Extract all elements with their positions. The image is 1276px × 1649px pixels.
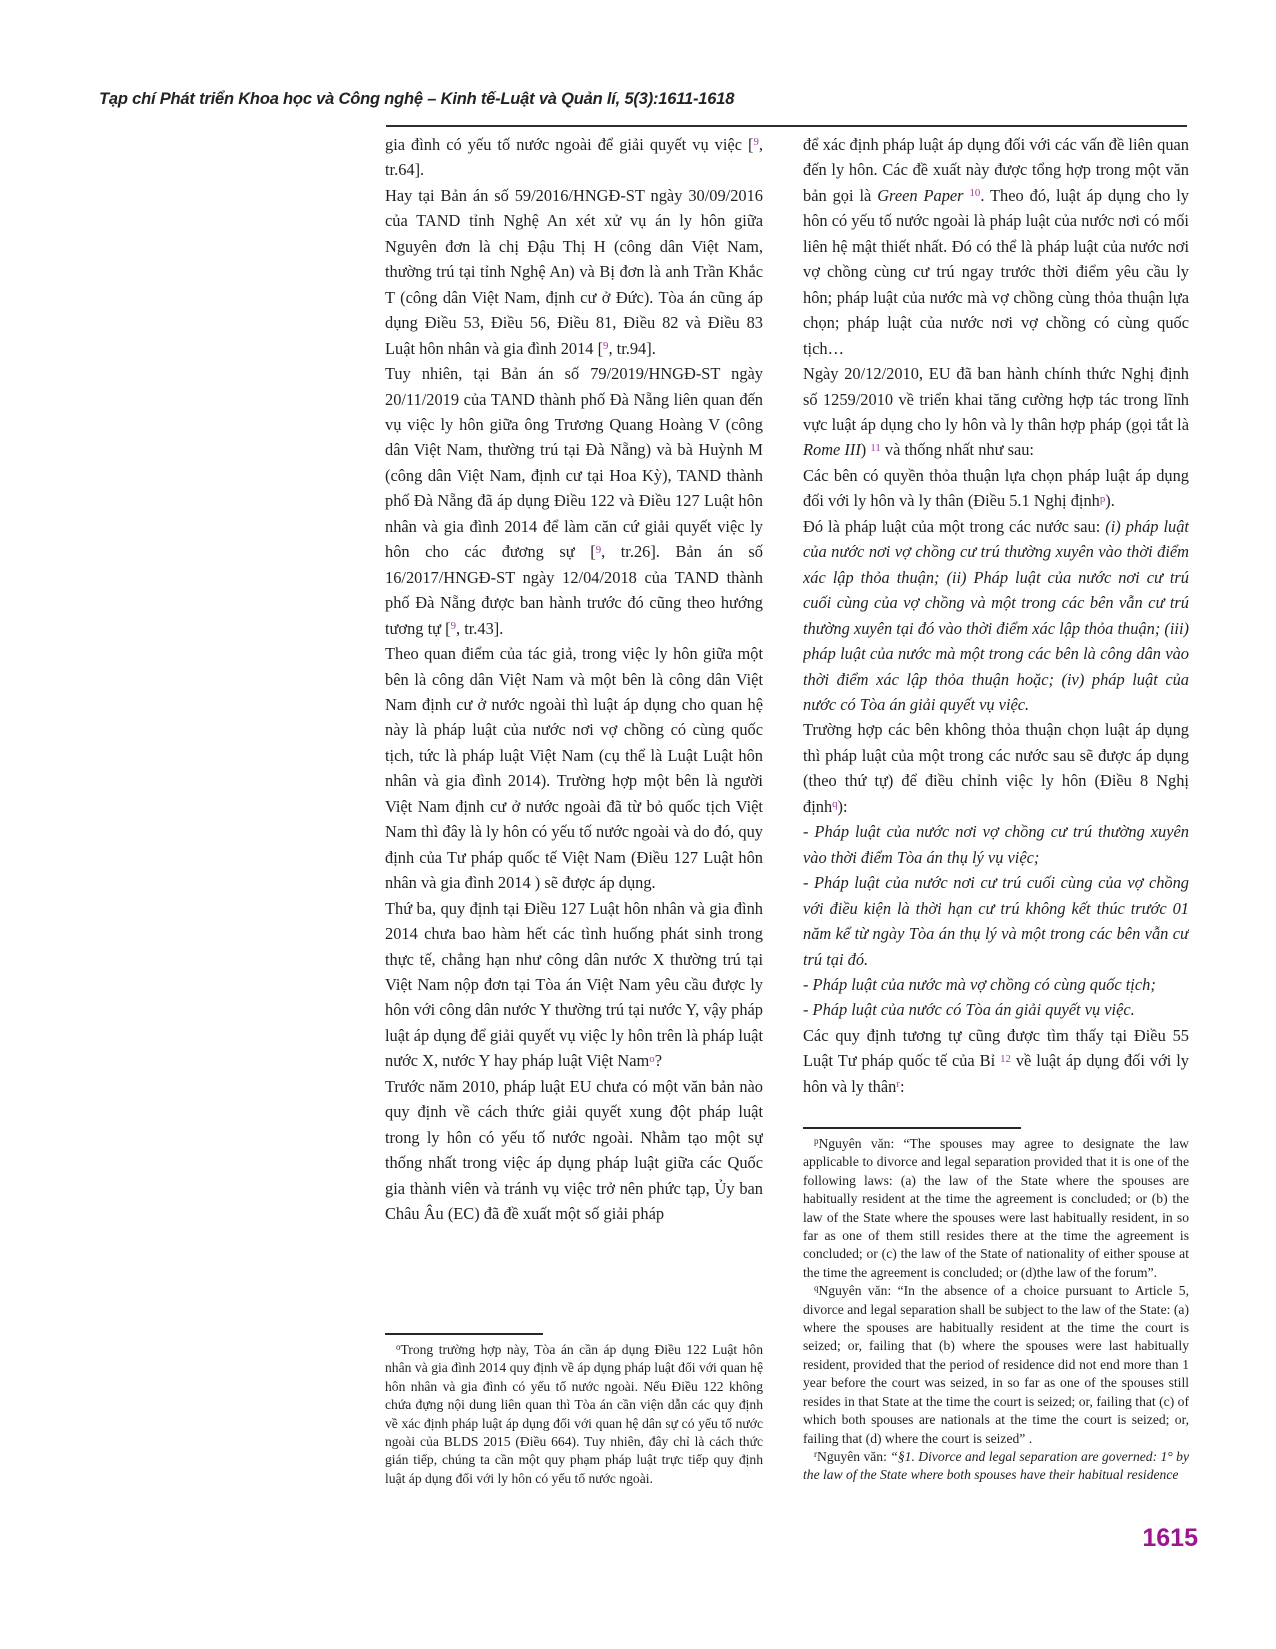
- left-column: gia đình có yếu tố nước ngoài để giải qu…: [385, 132, 763, 1328]
- paragraph: Trước năm 2010, pháp luật EU chưa có một…: [385, 1074, 763, 1227]
- left-footnote-block: oTrong trường hợp này, Tòa án cần áp dụn…: [385, 1333, 763, 1488]
- paragraph: - Pháp luật của nước nơi cư trú cuối cùn…: [803, 870, 1189, 972]
- paragraph: Theo quan điểm của tác giả, trong việc l…: [385, 641, 763, 896]
- running-header: Tạp chí Phát triển Khoa học và Công nghệ…: [99, 90, 734, 109]
- page-number: 1615: [1142, 1524, 1198, 1553]
- footnote-r: rNguyên văn: “§1. Divorce and legal sepa…: [803, 1448, 1189, 1485]
- right-column: để xác định pháp luật áp dụng đối với cá…: [803, 132, 1189, 1122]
- paragraph: Các bên có quyền thỏa thuận lựa chọn phá…: [803, 463, 1189, 514]
- header-rule: [386, 125, 1187, 127]
- paragraph: Trường hợp các bên không thỏa thuận chọn…: [803, 717, 1189, 819]
- footnote-q: qNguyên văn: “In the absence of a choice…: [803, 1282, 1189, 1448]
- paragraph: - Pháp luật của nước mà vợ chồng có cùng…: [803, 972, 1189, 997]
- footnote-rule: [803, 1127, 1021, 1129]
- footnote-p: pNguyên văn: “The spouses may agree to d…: [803, 1135, 1189, 1282]
- paragraph: Đó là pháp luật của một trong các nước s…: [803, 514, 1189, 718]
- footnote-rule: [385, 1333, 543, 1335]
- paragraph: - Pháp luật của nước có Tòa án giải quyế…: [803, 997, 1189, 1022]
- paragraph: để xác định pháp luật áp dụng đối với cá…: [803, 132, 1189, 361]
- right-footnote-block: pNguyên văn: “The spouses may agree to d…: [803, 1127, 1189, 1485]
- paragraph: Ngày 20/12/2010, EU đã ban hành chính th…: [803, 361, 1189, 463]
- paragraph: gia đình có yếu tố nước ngoài để giải qu…: [385, 132, 763, 183]
- paragraph: - Pháp luật của nước nơi vợ chồng cư trú…: [803, 819, 1189, 870]
- footnote-o: oTrong trường hợp này, Tòa án cần áp dụn…: [385, 1341, 763, 1488]
- paragraph: Hay tại Bản án số 59/2016/HNGĐ-ST ngày 3…: [385, 183, 763, 361]
- paragraph: Thứ ba, quy định tại Điều 127 Luật hôn n…: [385, 896, 763, 1074]
- paragraph: Các quy định tương tự cũng được tìm thấy…: [803, 1023, 1189, 1099]
- journal-page: Tạp chí Phát triển Khoa học và Công nghệ…: [0, 0, 1276, 1649]
- paragraph: Tuy nhiên, tại Bản án số 79/2019/HNGĐ-ST…: [385, 361, 763, 641]
